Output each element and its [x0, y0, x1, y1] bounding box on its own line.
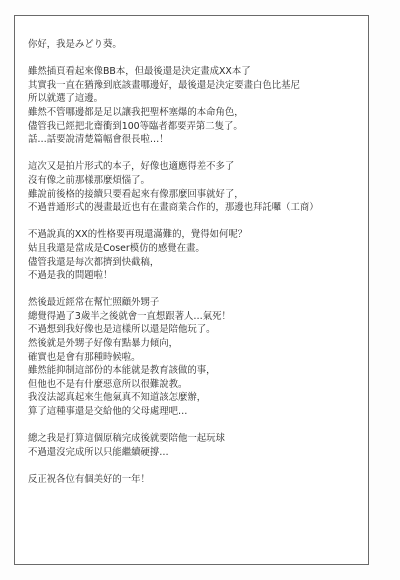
text-line: 儘管我還是每次都擠到快截稿，	[28, 256, 363, 270]
text-line: 雖然插頁看起來像BB本，但最後還是決定畫成XX本了	[28, 65, 363, 79]
text-line: 儘管我已經把北齋衝到100等臨者都要弄第二隻了。	[28, 120, 363, 134]
text-line: 沒有像之前那樣那麼煩惱了。	[28, 174, 363, 188]
text-line: 不過普通形式的漫畫最近也有在畫商業合作的，那邊也拜託囉（工商）	[28, 201, 363, 215]
text-line: 總之我是打算這個原稿完成後就要陪他一起玩球	[28, 432, 363, 446]
text-line: 我沒法認真起來生他氣真不知道該怎麼辦，	[28, 391, 363, 405]
text-line: 但他也不是有什麼惡意所以很難說教。	[28, 378, 363, 392]
afterword-text: 你好，我是みどり葵。雖然插頁看起來像BB本，但最後還是決定畫成XX本了其實我一直…	[28, 38, 363, 500]
text-line: 雖然能抑制這部份的本能就是教育該做的事，	[28, 364, 363, 378]
text-line: 話…話要說清楚篇幅會很長啦…！	[28, 133, 363, 147]
text-line: 不過想到我好像也是這樣所以還是陪他玩了。	[28, 323, 363, 337]
text-line: 你好，我是みどり葵。	[28, 38, 363, 52]
paragraph: 然後最近經常在幫忙照顧外甥子總覺得過了3歲半之後就會一直想跟著人…氣死！不過想到…	[28, 296, 363, 418]
text-line: 確實也是會有那種時候啦。	[28, 351, 363, 365]
text-line: 姑且我還是當成是Coser模仿的感覺在畫。	[28, 242, 363, 256]
text-line: 總覺得過了3歲半之後就會一直想跟著人…氣死！	[28, 310, 363, 324]
text-line: 然後最近經常在幫忙照顧外甥子	[28, 296, 363, 310]
paragraph: 反正祝各位有個美好的一年！	[28, 473, 363, 487]
paragraph: 總之我是打算這個原稿完成後就要陪他一起玩球不過還沒完成所以只能繼續硬撐…	[28, 432, 363, 459]
paragraph: 雖然插頁看起來像BB本，但最後還是決定畫成XX本了其實我一直在猶豫到底該畫哪邊好…	[28, 65, 363, 147]
paragraph: 你好，我是みどり葵。	[28, 38, 363, 52]
text-line: 不過是我的問題啦！	[28, 269, 363, 283]
scanned-page: 你好，我是みどり葵。雖然插頁看起來像BB本，但最後還是決定畫成XX本了其實我一直…	[0, 0, 400, 580]
text-line: 所以就選了這邊。	[28, 92, 363, 106]
paragraph: 這次又是拍片形式的本子，好像也適應得差不多了沒有像之前那樣那麼煩惱了。雖說前後格…	[28, 160, 363, 214]
text-line: 這次又是拍片形式的本子，好像也適應得差不多了	[28, 160, 363, 174]
text-line: 雖然不管哪邊都是足以讓我把聖杯塞爆的本命角色，	[28, 106, 363, 120]
text-line: 其實我一直在猶豫到底該畫哪邊好，最後還是決定要畫白色比基尼	[28, 79, 363, 93]
paragraph: 不過說真的XX的性格要再現還滿難的，覺得如何呢？姑且我還是當成是Coser模仿的…	[28, 228, 363, 282]
text-line: 不過還沒完成所以只能繼續硬撐…	[28, 446, 363, 460]
text-line: 然後就是外甥子好像有點暴力傾向，	[28, 337, 363, 351]
text-line: 雖說前後格的接續只要看起來有像那麼回事就好了，	[28, 188, 363, 202]
text-line: 算了這種事還是交給他的父母處理吧…	[28, 405, 363, 419]
text-line: 不過說真的XX的性格要再現還滿難的，覺得如何呢？	[28, 228, 363, 242]
text-line: 反正祝各位有個美好的一年！	[28, 473, 363, 487]
